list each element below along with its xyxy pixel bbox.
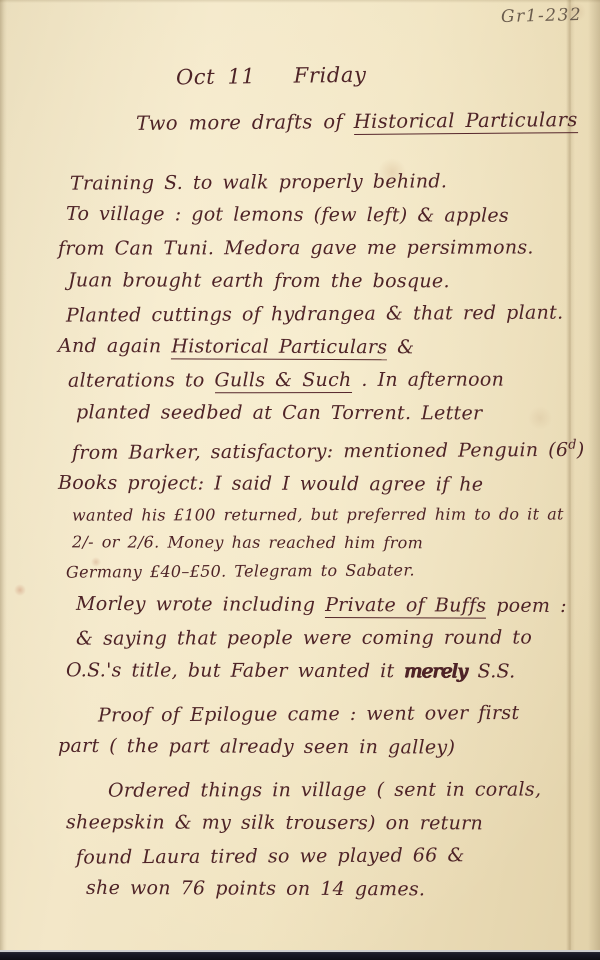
line-text: O.S.'s title, but Faber wanted it — [66, 660, 404, 683]
diary-line: Training S. to walk properly behind. — [70, 164, 594, 200]
line-text: And again — [58, 335, 171, 357]
line-text: Morley wrote including — [76, 593, 325, 616]
underlined-phrase: Private of Buffs — [325, 594, 486, 619]
line-text: & — [387, 336, 414, 358]
diary-page: Gr1-232 Oct 11 Friday Two more drafts of… — [0, 0, 600, 960]
diary-line: she won 76 points on 14 games. — [86, 872, 594, 907]
line-text: poem : — [486, 595, 567, 617]
diary-line: from Can Tuni. Medora gave me persimmons… — [58, 231, 594, 265]
line-text: To village : got lemons (few left) & app… — [66, 203, 509, 227]
entry-day: Friday — [294, 63, 367, 88]
line-text: found Laura tired so we played 66 & — [76, 845, 465, 869]
line-text: Training S. to walk properly behind. — [70, 170, 447, 194]
line-text: Planted cuttings of hydrangea & that red… — [66, 302, 564, 327]
entry-date-heading: Oct 11 Friday — [176, 63, 367, 90]
line-text: Germany £40–£50. Telegram to Sabater. — [66, 561, 415, 582]
page-top-edge — [0, 0, 600, 3]
underlined-phrase: Gulls & Such — [214, 369, 351, 393]
line-text: . In afternoon — [352, 369, 505, 391]
line-text: sheepskin & my silk trousers) on return — [66, 812, 483, 835]
entry-subheading: Two more drafts of Historical Particular… — [136, 108, 578, 135]
diary-line: Juan brought earth from the bosque. — [68, 264, 594, 298]
line-text: Ordered things in village ( sent in cora… — [108, 779, 541, 802]
line-text: & saying that people were coming round t… — [76, 627, 532, 650]
line-text: planted seedbed at Can Torrent. Letter — [76, 401, 482, 424]
diary-line: from Barker, satisfactory: mentioned Pen… — [72, 428, 594, 470]
diary-line: Proof of Epilogue came : went over first — [98, 697, 594, 733]
line-text: ) — [577, 439, 585, 461]
diary-line: & saying that people were coming round t… — [76, 622, 594, 656]
diary-line: Ordered things in village ( sent in cora… — [108, 774, 594, 808]
line-text: Proof of Epilogue came : went over first — [98, 702, 520, 727]
diary-line: Books project: I said I would agree if h… — [58, 467, 594, 502]
line-text: from Barker, satisfactory: mentioned Pen… — [72, 439, 568, 464]
diary-line: sheepskin & my silk trousers) on return — [66, 807, 594, 841]
line-text: 2/- or 2/6. Money has reached him from — [72, 533, 423, 553]
underlined-phrase: Historical Particulars — [171, 335, 387, 360]
page-bottom-edge — [0, 950, 600, 960]
page-left-edge — [0, 0, 7, 960]
diary-lines: Training S. to walk properly behind.To v… — [58, 166, 594, 906]
subheading-title-underlined: Historical Particulars — [354, 108, 578, 135]
entry-date: Oct 11 — [176, 64, 256, 89]
diary-line: part ( the part already seen in galley) — [58, 730, 594, 765]
archive-reference: Gr1-232 — [501, 5, 583, 27]
diary-line: And again Historical Particulars & — [58, 330, 594, 365]
diary-line: found Laura tired so we played 66 & — [76, 839, 594, 875]
line-text: from Can Tuni. Medora gave me persimmons… — [58, 236, 534, 259]
line-text: Books project: I said I would agree if h… — [58, 472, 483, 496]
line-text: d — [568, 438, 577, 453]
diary-line: alterations to Gulls & Such . In afterno… — [68, 363, 594, 397]
diary-line: wanted his £100 returned, but preferred … — [72, 501, 594, 530]
diary-line: O.S.'s title, but Faber wanted it merely… — [66, 655, 594, 689]
line-text: part ( the part already seen in galley) — [58, 735, 455, 759]
line-text: merely — [404, 661, 467, 683]
line-text: alterations to — [68, 369, 215, 391]
line-text: S.S. — [468, 661, 516, 683]
diary-line: 2/- or 2/6. Money has reached him from — [72, 529, 594, 558]
line-text: Juan brought earth from the bosque. — [68, 269, 450, 292]
line-text: wanted his £100 returned, but preferred … — [72, 505, 564, 525]
line-text: she won 76 points on 14 games. — [86, 877, 425, 900]
diary-line: Morley wrote including Private of Buffs … — [76, 588, 594, 623]
subheading-text: Two more drafts of — [136, 110, 354, 135]
diary-line: planted seedbed at Can Torrent. Letter — [76, 396, 594, 430]
diary-line: Germany £40–£50. Telegram to Sabater. — [66, 556, 594, 587]
diary-line: To village : got lemons (few left) & app… — [66, 198, 594, 233]
diary-line: Planted cuttings of hydrangea & that red… — [66, 296, 594, 332]
